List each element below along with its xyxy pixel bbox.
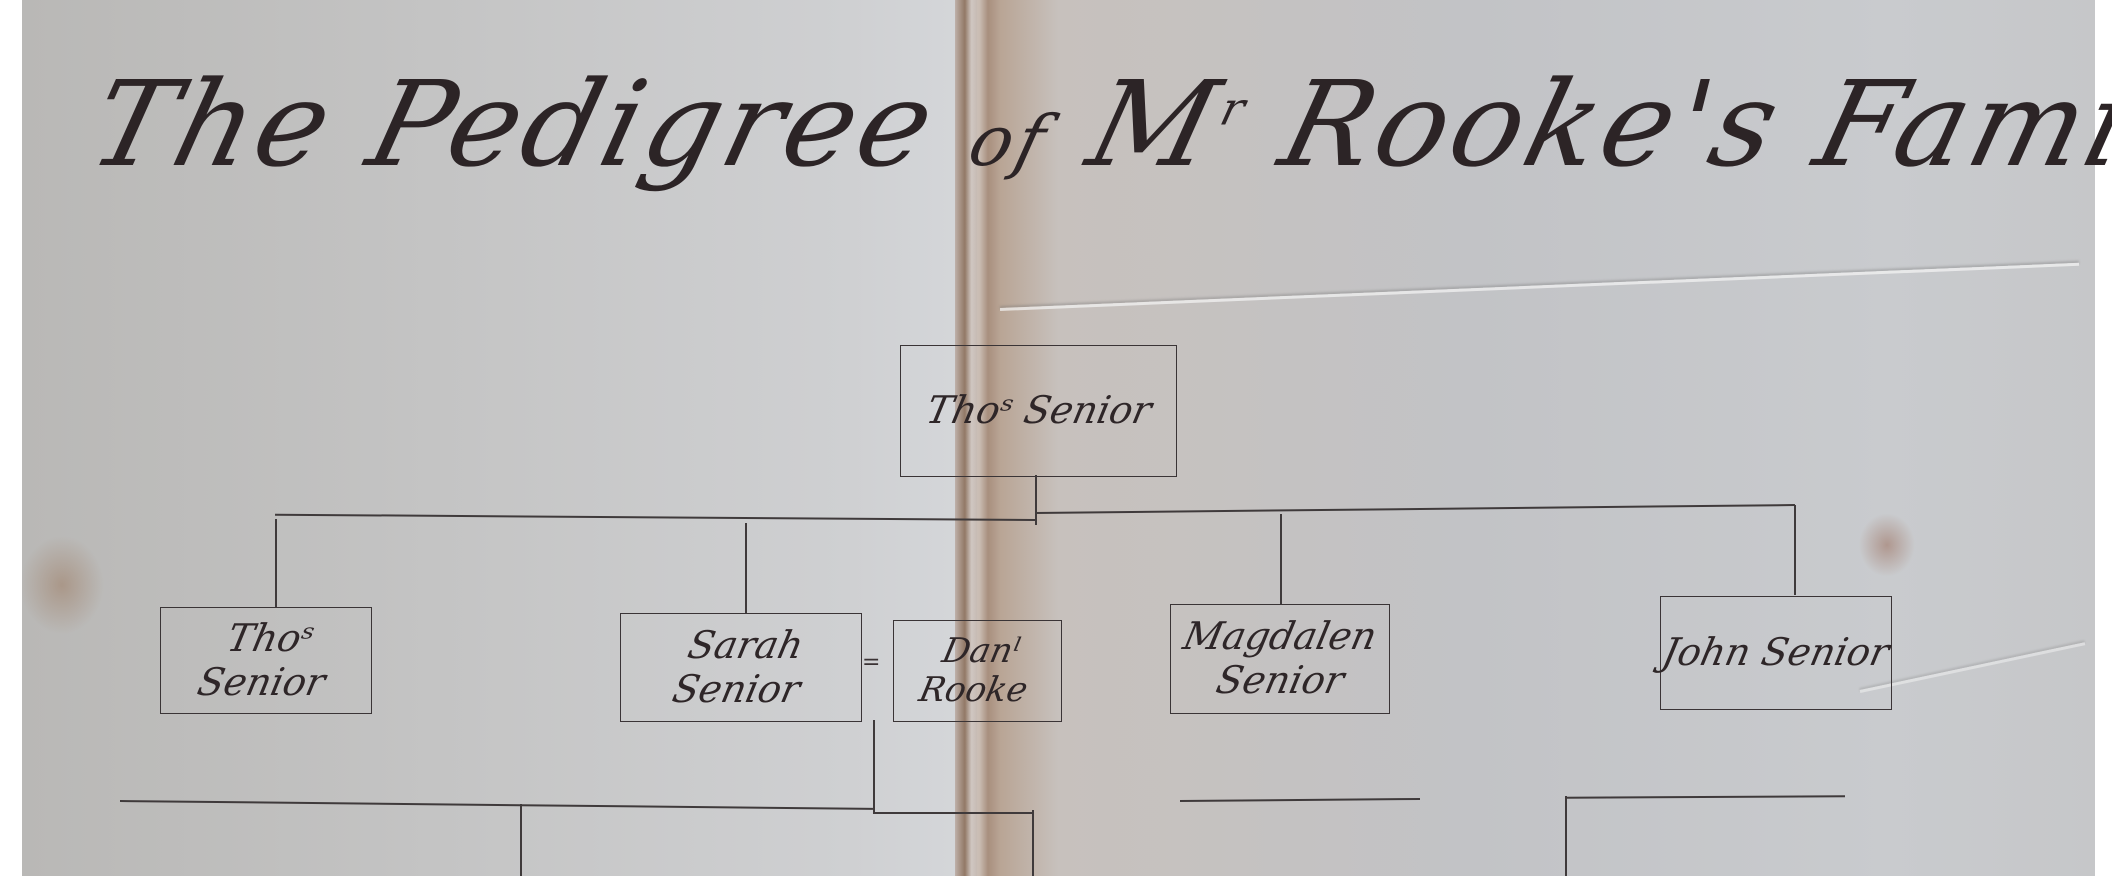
title-part-of: of	[961, 100, 1058, 182]
node-label: Thoˢ Senior	[922, 389, 1155, 433]
node-label: Thoˢ Senior	[152, 617, 381, 704]
connector-lower-3	[1565, 796, 1567, 876]
node-label-line1: Magdalen	[1179, 615, 1380, 659]
connector-child-1	[275, 519, 277, 607]
node-label: Sarah Senior	[612, 624, 871, 711]
connector-lower-1	[520, 804, 522, 876]
tree-node-root: Thoˢ Senior	[900, 345, 1177, 477]
marriage-symbol: =	[862, 650, 880, 675]
connector-root-stem	[1035, 475, 1037, 525]
connector-lower-2	[1032, 810, 1034, 876]
connector-child-4	[1280, 514, 1282, 604]
connector-sarah-danl-down	[873, 720, 875, 812]
connector-child-2	[745, 523, 747, 613]
node-label: John Senior	[1659, 631, 1894, 675]
title-part-mr: M	[1076, 55, 1235, 193]
tree-node-thos-senior-jr: Thoˢ Senior	[160, 607, 372, 714]
connector-lower-mid-bar	[873, 812, 1033, 814]
tree-node-magdalen-senior: Magdalen Senior	[1170, 604, 1390, 714]
tree-node-sarah-senior: Sarah Senior	[620, 613, 862, 722]
node-label-line2: Senior	[1212, 659, 1347, 703]
connector-child-5	[1794, 505, 1796, 595]
title-part-family: Rooke's Family	[1268, 55, 2112, 193]
document-title: The Pedigree of Mr Rooke's Family	[68, 55, 1913, 235]
node-label: Danˡ Rooke	[886, 632, 1070, 710]
title-part-pedigree: The Pedigree	[78, 55, 951, 193]
tree-node-danl-rooke: Danˡ Rooke	[893, 620, 1062, 722]
tree-node-john-senior: John Senior	[1660, 596, 1892, 710]
